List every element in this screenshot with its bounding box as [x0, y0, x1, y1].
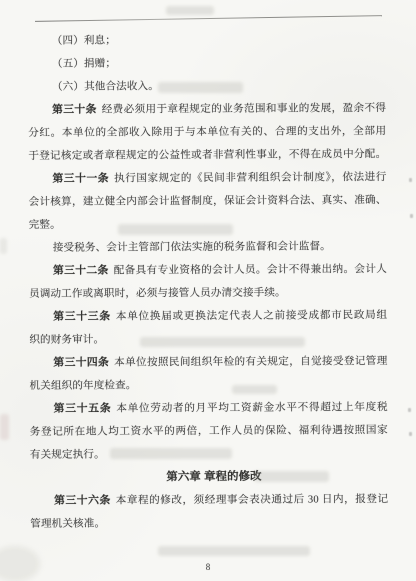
article-text: 本章程的修改，须经理事会表决通过后 30 日内，报登记	[116, 494, 388, 506]
text-line: 第三十五条本单位劳动者的月平均工资薪金水平不得超过上年度税	[30, 396, 388, 421]
chapter-heading: 第六章 章程的修改	[30, 465, 388, 490]
document-text: （四）利息；（五）捐赠；（六）其他合法收入。第三十条经费必须用于章程规定的业务范…	[28, 28, 389, 536]
text-line: 第三十四条本单位按照民间组织年检的有关规定，自觉接受登记管理	[29, 350, 387, 375]
text-line: 第三十三条本单位换届或更换法定代表人之前接受成都市民政局组	[29, 304, 387, 329]
text-line: 员调动工作或离职时，必须与接管人员办清交接手续。	[29, 281, 387, 306]
text-line: 第三十一条执行国家规定的《民间非营利组织会计制度》，依法进行	[28, 166, 386, 191]
scan-speck	[409, 432, 412, 436]
scan-speck	[409, 178, 412, 182]
article-number: 第三十条	[52, 104, 97, 116]
scan-smudge	[254, 471, 329, 482]
article-text: 本单位劳动者的月平均工资薪金水平不得超过上年度税	[116, 402, 387, 414]
scanned-document-page: （四）利息；（五）捐赠；（六）其他合法收入。第三十条经费必须用于章程规定的业务范…	[0, 0, 416, 581]
text-line: 机关组织的年度检查。	[29, 373, 387, 398]
scan-smudge	[0, 238, 7, 254]
page-number: 8	[0, 562, 416, 572]
text-line: 第三十二条配备具有专业资格的会计人员。会计不得兼出纳。会计人	[29, 258, 387, 283]
article-number: 第三十六条	[54, 495, 111, 507]
text-line: 分红。本单位的全部收入除用于与本单位有关的、合理的支出外，全部用	[28, 120, 386, 145]
article-number: 第三十一条	[52, 173, 109, 185]
text-line: 第三十条经费必须用于章程规定的业务范围和事业的发展，盈余不得	[28, 97, 386, 122]
article-text: 执行国家规定的《民间非营利组织会计制度》，依法进行	[114, 172, 386, 184]
text-line: （五）捐赠；	[28, 51, 386, 76]
text-line: 务登记所在地人均工资水平的两倍，工作人员的保险、福利待遇按照国家	[30, 419, 388, 444]
scan-smudge	[140, 337, 305, 347]
scan-smudge	[158, 82, 243, 93]
scan-smudge	[166, 6, 214, 15]
text-line: 于登记核定或者章程规定的公益性或者非营利性事业，不得在成员中分配。	[28, 143, 386, 168]
article-text: 本单位按照民间组织年检的有关规定，自觉接受登记管理	[114, 356, 387, 368]
article-text: 经费必须用于章程规定的业务范围和事业的发展，盈余不得	[102, 103, 386, 115]
article-number: 第三十四条	[53, 357, 109, 369]
text-line: 会计核算，建立健全内部会计监督制度，保证会计资料合法、真实、准确、	[29, 189, 387, 214]
scan-smudge	[110, 448, 232, 459]
scan-speck	[408, 408, 411, 412]
article-number: 第三十二条	[53, 265, 109, 277]
article-number: 第三十五条	[54, 403, 112, 415]
scan-smudge	[0, 414, 9, 440]
article-text: 本单位换届或更换法定代表人之前接受成都市民政局组	[116, 310, 387, 322]
article-number: 第三十三条	[53, 311, 111, 323]
scan-smudge	[118, 224, 233, 235]
article-text: 配备具有专业资格的会计人员。会计不得兼出纳。会计人	[114, 264, 387, 276]
text-line: 管理机关核准。	[30, 511, 388, 536]
text-line: （四）利息；	[28, 28, 386, 53]
scan-smudge	[158, 546, 310, 556]
scan-speck	[410, 214, 413, 218]
scan-edge-line	[35, 15, 382, 22]
text-line: 第三十六条本章程的修改，须经理事会表决通过后 30 日内，报登记	[30, 488, 388, 513]
text-line: 接受税务、会计主管部门依法实施的税务监督和会计监督。	[29, 235, 387, 260]
scan-smudge	[232, 385, 277, 394]
